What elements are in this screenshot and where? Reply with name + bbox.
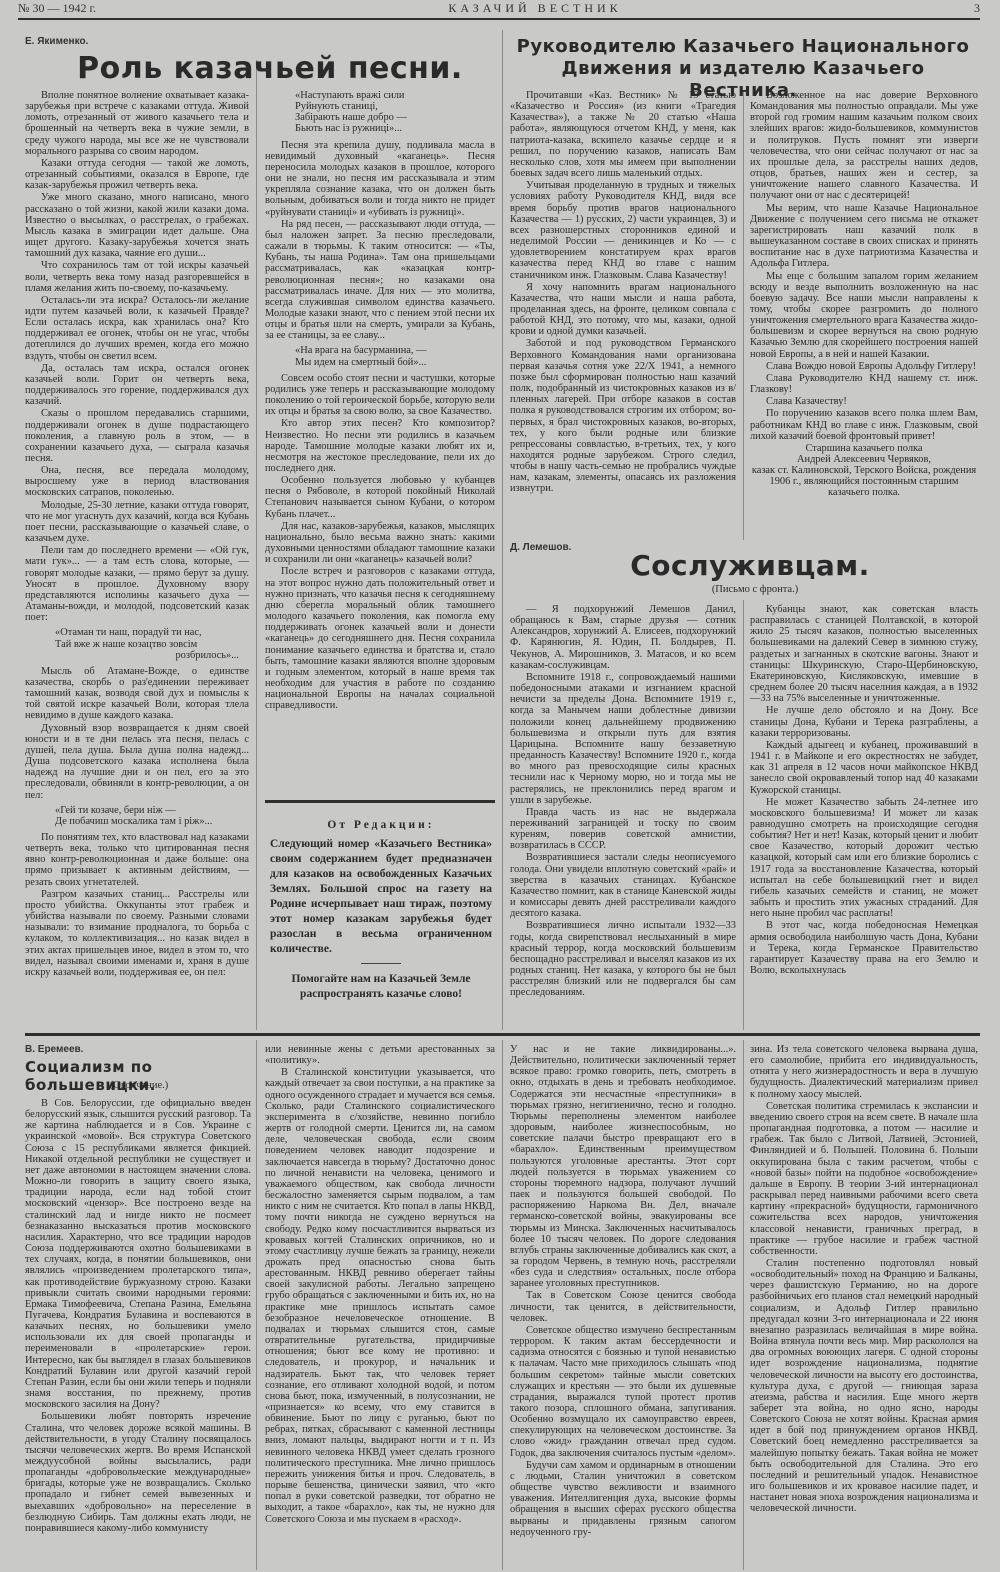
issue-number: № 30 — 1942 г. — [18, 3, 96, 14]
paragraph: Мы еще с большим запалом горим желанием … — [750, 271, 978, 360]
paragraph: В Сов. Белоруссии, где официально введен… — [25, 1098, 251, 1410]
paragraph: Она, песня, все передала молодому, вырос… — [25, 465, 249, 498]
column-divider — [502, 1040, 503, 1570]
song-verse: «Наступають вражі сили Руйнують станиці,… — [265, 90, 495, 135]
paragraph: Мы верим, что наше Казачье Национальное … — [750, 203, 978, 270]
editor-note-body: Следующий номер «Казачьего Вестника» сво… — [270, 837, 492, 957]
article-song-column-1: Вполне понятное волнение охватывает каза… — [25, 90, 249, 979]
page-number: 3 — [974, 3, 980, 14]
paragraph: Казаки оттуда сегодня — такой же ломоть,… — [25, 158, 249, 191]
song-verse: «На врага на басурманина, — Мы идем на с… — [265, 345, 495, 367]
paragraph: Пели там до последнего времени — «Ой гук… — [25, 545, 249, 623]
paragraph: Вспомните 1918 г., сопровождаемый нашими… — [510, 672, 736, 806]
paragraph: Особенно пользуется любовью у кубанцев п… — [265, 475, 495, 520]
article-socialism-author: В. Еремеев. — [25, 1044, 83, 1055]
paragraph: Советское общество измучено беспрестанны… — [510, 1325, 736, 1459]
paragraph: Для нас, казаков-зарубежья, казаков, мыс… — [265, 521, 495, 566]
paragraph: Учитывая проделанную в трудных и тяжелых… — [510, 180, 736, 280]
song-verse: «Гей ти козаче, бери ніж — Де побачиш мо… — [25, 805, 249, 827]
divider — [361, 963, 401, 964]
paragraph: По понятиям тех, кто властвовал над каза… — [25, 832, 249, 888]
paragraph: В этот час, когда победоносная Немецкая … — [750, 920, 978, 976]
paragraph: Слава Руководителю КНД нашему ст. инж. Г… — [750, 373, 978, 395]
newspaper-page: № 30 — 1942 г. КАЗАЧИЙ ВЕСТНИК 3 Е. Яким… — [0, 0, 1000, 1572]
paragraph: Сталин постепенно подготовлял новый «осв… — [750, 1258, 978, 1515]
column-divider — [743, 600, 744, 1030]
editor-note-appeal: Помогайте нам на Казачьей Земле распрост… — [270, 972, 492, 1002]
article-socialism-column-1: В Сов. Белоруссии, где официально введен… — [25, 1098, 251, 1535]
paragraph: Молодые, 25-30 летние, казаки оттуда гов… — [25, 500, 249, 545]
article-comrades-column-2: Кубанцы знают, как советская власть расп… — [750, 604, 978, 977]
article-comrades-title: Сослуживцам. — [560, 550, 940, 582]
paragraph: Слава Вождю новой Европы Адольфу Гитлеру… — [750, 361, 978, 372]
article-socialism-column-3: У нас и не такие ликвидированы...». Дейс… — [510, 1044, 736, 1539]
paragraph: Будучи сам хамом и ординарным в отношени… — [510, 1460, 736, 1538]
paragraph: Песня эта крепила душу, подливала масла … — [265, 140, 495, 218]
column-divider — [256, 60, 257, 1030]
section-divider — [25, 1033, 980, 1036]
paragraph: Совсем особо стоят песни и частушки, кот… — [265, 373, 495, 418]
paragraph: Уже много сказано, много написано, много… — [25, 192, 249, 259]
song-verse: «Отаман ти наш, порадуй ти нас, Тай вже … — [25, 627, 249, 660]
paragraph: Прочитавши «Каз. Вестник» № 19 статью «К… — [510, 90, 736, 179]
editor-note-top-rule — [265, 800, 495, 803]
article-song-author: Е. Якименко. — [25, 36, 88, 47]
column-divider — [502, 30, 503, 1030]
article-song-column-2: «Наступають вражі сили Руйнують станиці,… — [265, 90, 495, 712]
paragraph: Сказы о прошлом передавались старшими, п… — [25, 408, 249, 464]
paragraph: Возложенное на нас доверие Верховного Ко… — [750, 90, 978, 202]
article-comrades-column-1: — Я подхорунжий Лемешов Данил, обращаюсь… — [510, 604, 736, 999]
paragraph: На ряд песен, — рассказывают люди оттуда… — [265, 219, 495, 342]
paragraph: Возвратившиеся лично испытали 1932—33 го… — [510, 920, 736, 998]
paragraph: В Сталинской конституции указывается, чт… — [265, 1067, 495, 1524]
paragraph: Так в Советском Союзе ценится свобода ли… — [510, 1290, 736, 1323]
paragraph: У нас и не такие ликвидированы...». Дейс… — [510, 1044, 736, 1289]
paragraph: Разгром казачьих станиц... Расстрелы или… — [25, 889, 249, 978]
letter-signature: Старшина казачьего полка Андрей Алексеев… — [750, 443, 978, 499]
paragraph: После встреч и разговоров с казаками отт… — [265, 566, 495, 711]
paragraph: По поручению казаков всего полка шлем Ва… — [750, 408, 978, 441]
paragraph: — Я подхорунжий Лемешов Данил, обращаюсь… — [510, 604, 736, 671]
paragraph: Кубанцы знают, как советская власть расп… — [750, 604, 978, 704]
paragraph: Правда часть из нас не выдержала пережив… — [510, 807, 736, 852]
editor-note-title: От Редакции: — [270, 818, 492, 833]
column-divider — [256, 1040, 257, 1570]
masthead-rule — [18, 18, 980, 20]
paragraph: Кто автор этих песен? Кто композитор? Не… — [265, 418, 495, 474]
paragraph: зина. Из тела советского человека вырван… — [750, 1044, 978, 1100]
column-divider — [743, 90, 744, 540]
paragraph: Да, осталась там искра, остался огонек к… — [25, 363, 249, 408]
article-socialism-column-4: зина. Из тела советского человека вырван… — [750, 1044, 978, 1516]
paragraph: или невинные жены с детьми арестованных … — [265, 1044, 495, 1066]
paragraph: Каждый адыгеец и кубанец, проживавший в … — [750, 740, 978, 796]
masthead: № 30 — 1942 г. КАЗАЧИЙ ВЕСТНИК 3 — [18, 0, 980, 18]
paragraph: Заботой и под руководством Германского В… — [510, 338, 736, 494]
paragraph: Советская политика стремилась к экспанси… — [750, 1101, 978, 1257]
article-comrades-subtitle: (Письмо с фронта.) — [690, 584, 820, 595]
article-letter-column-1: Прочитавши «Каз. Вестник» № 19 статью «К… — [510, 90, 736, 496]
paragraph: Я хочу напомнить врагам национального Ка… — [510, 282, 736, 338]
paragraph: Мысль об Атамане-Вожде, о единстве казач… — [25, 666, 249, 722]
paragraph: Не лучше дело обстояло и на Дону. Все ст… — [750, 705, 978, 738]
paragraph: Не может Казачество забыть 24-летнее иго… — [750, 797, 978, 920]
newspaper-title: КАЗАЧИЙ ВЕСТНИК — [448, 3, 621, 14]
paragraph: Большевики любят повторять изречение Ста… — [25, 1411, 251, 1534]
editor-note: От Редакции: Следующий номер «Казачьего … — [270, 818, 492, 1002]
article-song-title: Роль казачьей песни. — [60, 52, 480, 86]
paragraph: Духовный взор возвращается к дням своей … — [25, 723, 249, 801]
column-divider — [743, 1040, 744, 1570]
article-socialism-column-2: или невинные жены с детьми арестованных … — [265, 1044, 495, 1526]
paragraph: Вполне понятное волнение охватывает каза… — [25, 90, 249, 157]
paragraph: Слава Казачеству! — [750, 396, 978, 407]
paragraph: Осталась-ли эта искра? Осталось-ли желан… — [25, 295, 249, 362]
article-letter-column-2: Возложенное на нас доверие Верховного Ко… — [750, 90, 978, 499]
article-socialism-subtitle: (Окончание.) — [25, 1080, 253, 1091]
paragraph: Возвратившиеся застали следы неописуемог… — [510, 852, 736, 919]
paragraph: Что сохранилось там от той искры казачье… — [25, 260, 249, 293]
